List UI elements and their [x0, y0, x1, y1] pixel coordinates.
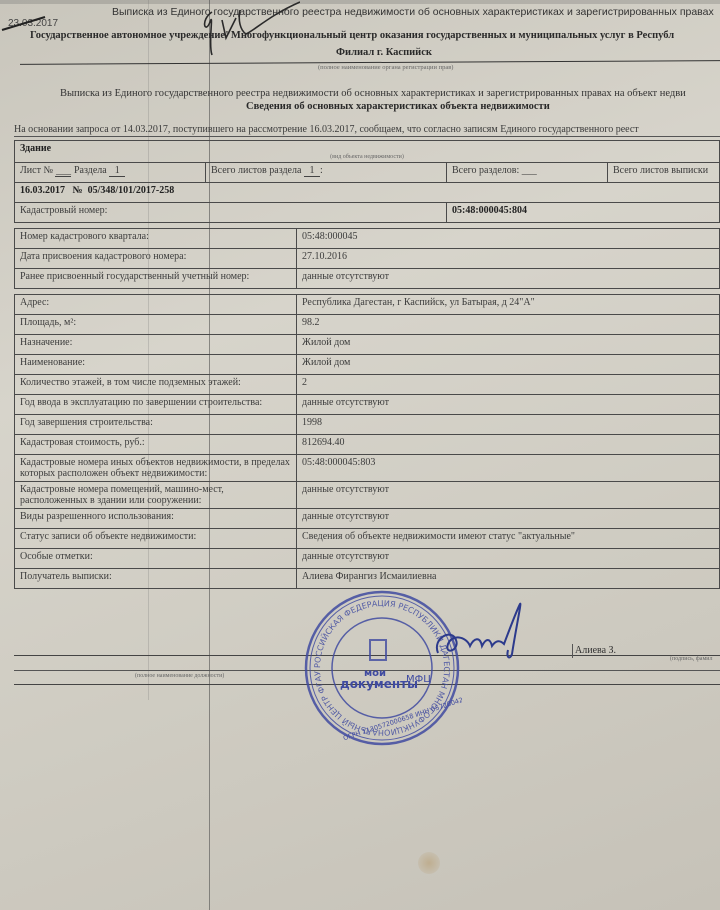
characteristics-table: Адрес:Республика Дагестан, г Каспийск, у… [14, 294, 720, 589]
row-label: Год завершения строительства: [15, 415, 297, 435]
row-label: Количество этажей, в том числе подземных… [15, 375, 297, 395]
table-row: Адрес:Республика Дагестан, г Каспийск, у… [15, 295, 720, 315]
row-value: данные отсутствуют [297, 482, 720, 509]
table-row: Кадастровые номера помещений, машино-мес… [15, 482, 720, 509]
row-label: Назначение: [15, 335, 297, 355]
section-value: 1 [109, 165, 125, 177]
cadastral-value: 05:48:000045:804 [447, 203, 720, 223]
cadastral-info-table: Номер кадастрового квартала: 05:48:00004… [14, 228, 720, 289]
table-row: Особые отметки:данные отсутствуют [15, 549, 720, 569]
sheet-info-table: Здание (вид объекта недвижимости) Лист №… [14, 140, 720, 223]
row-label: Особые отметки: [15, 549, 297, 569]
total-sheets-section-label: Всего листов раздела [211, 165, 301, 176]
basis-statement: На основании запроса от 14.03.2017, пост… [14, 124, 639, 135]
row-label: Кадастровые номера иных объектов недвижи… [15, 455, 297, 482]
sheet-number-cell: Лист № ___ Раздела 1 [15, 163, 206, 183]
row-label: Адрес: [15, 295, 297, 315]
signature-mark [430, 598, 530, 668]
signer-divider [572, 644, 573, 658]
row-value: данные отсутствуют [297, 395, 720, 415]
table-row: Количество этажей, в том числе подземных… [15, 375, 720, 395]
total-sheets-section-cell: Всего листов раздела 1: [206, 163, 447, 183]
total-sections-label: Всего разделов: [452, 165, 519, 176]
row-value: данные отсутствуют [297, 549, 720, 569]
extract-number-cell: 16.03.2017 № 05/348/101/2017-258 [15, 183, 720, 203]
row-label: Виды разрешенного использования: [15, 509, 297, 529]
total-sections-cell: Всего разделов: ___ [447, 163, 608, 183]
table-row: Виды разрешенного использования:данные о… [15, 509, 720, 529]
table-row: Назначение:Жилой дом [15, 335, 720, 355]
table-row: Год ввода в эксплуатацию по завершении с… [15, 395, 720, 415]
row-label: Статус записи об объекте недвижимости: [15, 529, 297, 549]
row-value: 27.10.2016 [297, 249, 720, 269]
document-subtitle: Сведения об основных характеристиках объ… [246, 101, 550, 112]
row-value: Жилой дом [297, 355, 720, 375]
signer-name: Алиева З. [575, 645, 616, 656]
extract-number: 05/348/101/2017-258 [88, 185, 175, 196]
extract-date: 16.03.2017 [20, 185, 65, 196]
row-value: Жилой дом [297, 335, 720, 355]
table-row: Статус записи об объекте недвижимости:Св… [15, 529, 720, 549]
row-label: Дата присвоения кадастрового номера: [15, 249, 297, 269]
row-value: 98.2 [297, 315, 720, 335]
signature-caption: (подпись, фамил [670, 656, 712, 662]
table-row: Получатель выписки:Алиева Фирангиз Исмаи… [15, 569, 720, 589]
table-row: Год завершения строительства:1998 [15, 415, 720, 435]
document-title: Выписка из Единого государственного реес… [60, 88, 686, 99]
object-type: Здание [20, 143, 51, 154]
row-label: Кадастровые номера помещений, машино-мес… [15, 482, 297, 509]
cadastral-label: Кадастровый номер: [15, 203, 447, 223]
row-label: Получатель выписки: [15, 569, 297, 589]
stamp-ids-text: ОГРН 1130572000658 ИНН 0572004299 [342, 693, 462, 742]
table-row: Площадь, м²:98.2 [15, 315, 720, 335]
table-row: Кадастровая стоимость, руб.:812694.40 [15, 435, 720, 455]
table-row: Ранее присвоенный государственный учетны… [15, 269, 720, 289]
row-label: Год ввода в эксплуатацию по завершении с… [15, 395, 297, 415]
row-value: 812694.40 [297, 435, 720, 455]
total-sheets-section-value: 1 [304, 165, 320, 177]
object-type-caption: (вид объекта недвижимости) [20, 154, 714, 160]
row-value: 2 [297, 375, 720, 395]
stamp-side-text: МФЦ [406, 674, 431, 685]
row-value: Сведения об объекте недвижимости имеют с… [297, 529, 720, 549]
row-label: Кадастровая стоимость, руб.: [15, 435, 297, 455]
number-sign: № [73, 185, 83, 196]
mfc-logo-icon [370, 640, 386, 660]
total-sheets-label: Всего листов выписки [613, 165, 708, 176]
table-row: Дата присвоения кадастрового номера: 27.… [15, 249, 720, 269]
section-label: Раздела [74, 165, 107, 176]
row-label: Площадь, м²: [15, 315, 297, 335]
row-value: 05:48:000045 [297, 229, 720, 249]
row-label: Ранее присвоенный государственный учетны… [15, 269, 297, 289]
sheet-no-value: ___ [55, 165, 71, 177]
table-row: Номер кадастрового квартала: 05:48:00004… [15, 229, 720, 249]
organization-caption: (полное наименование органа регистрации … [318, 64, 453, 71]
branch-name: Филиал г. Каспийск [336, 47, 432, 58]
basis-divider [14, 136, 720, 137]
paper-stain [418, 852, 440, 874]
handwritten-mark [0, 0, 300, 60]
row-label: Номер кадастрового квартала: [15, 229, 297, 249]
total-sheets-cell: Всего листов выписки [608, 163, 720, 183]
total-sections-value: ___ [522, 165, 537, 176]
row-value: 05:48:000045:803 [297, 455, 720, 482]
row-value: 1998 [297, 415, 720, 435]
row-value: Алиева Фирангиз Исмаилиевна [297, 569, 720, 589]
row-value: данные отсутствуют [297, 269, 720, 289]
position-caption: (полное наименование должности) [135, 673, 224, 679]
object-type-cell: Здание (вид объекта недвижимости) [15, 141, 720, 163]
table-row: Кадастровые номера иных объектов недвижи… [15, 455, 720, 482]
row-value: данные отсутствуют [297, 509, 720, 529]
table-row: Наименование:Жилой дом [15, 355, 720, 375]
row-label: Наименование: [15, 355, 297, 375]
sheet-no-label: Лист № [20, 165, 53, 176]
row-value: Республика Дагестан, г Каспийск, ул Баты… [297, 295, 720, 315]
